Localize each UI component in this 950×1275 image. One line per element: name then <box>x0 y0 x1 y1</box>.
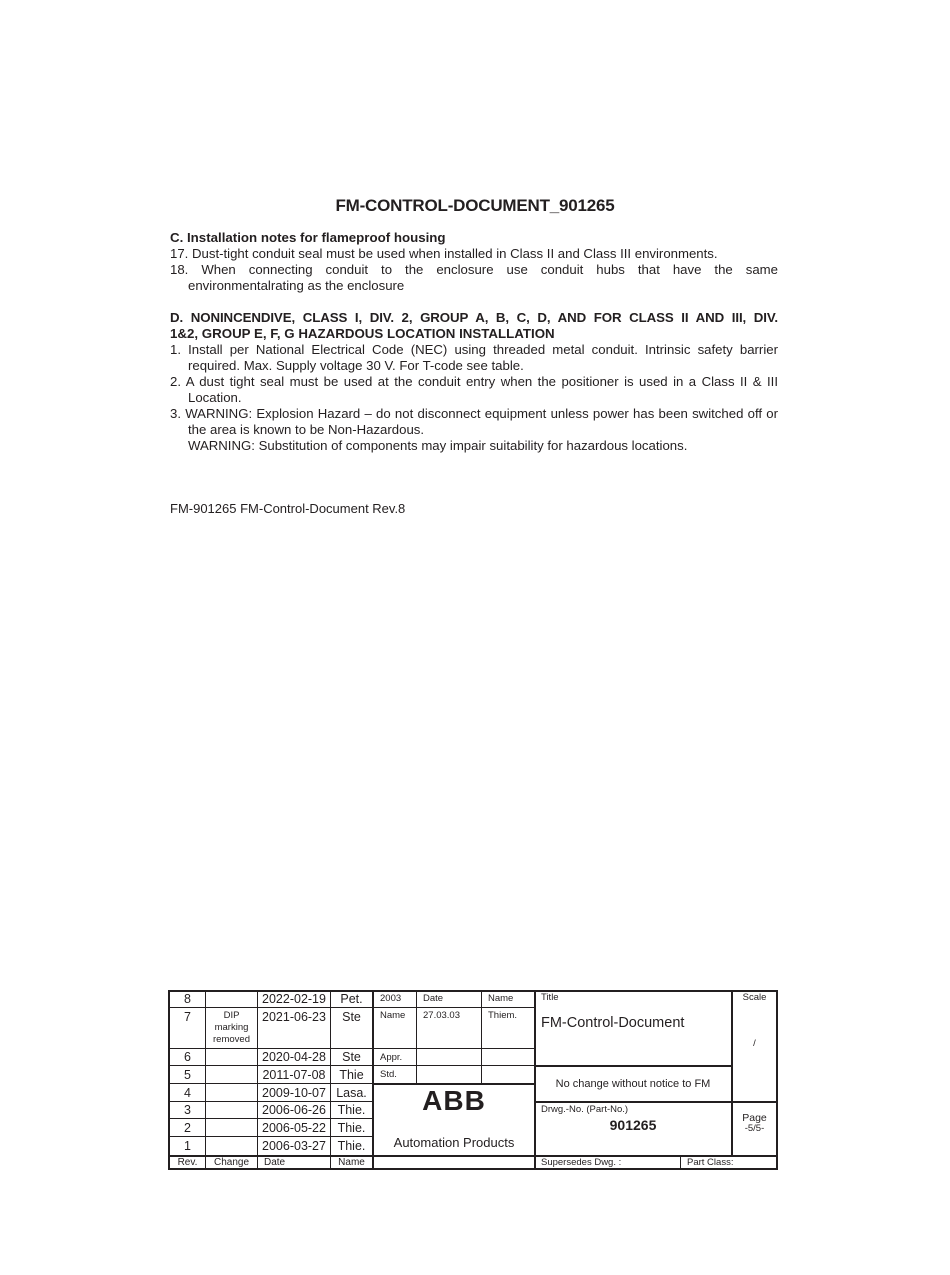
section-d-heading-line1: D. NONINCENDIVE, CLASS I, DIV. 2, GROUP … <box>170 310 778 326</box>
section-c-heading: C. Installation notes for flameproof hou… <box>170 230 778 246</box>
document-title: FM-CONTROL-DOCUMENT_901265 <box>0 196 950 216</box>
approval-appr-label: Appr. <box>374 1049 416 1065</box>
fm-notice: No change without notice to FM <box>535 1067 731 1101</box>
header-name: Name <box>331 1157 372 1168</box>
rev-date: 2006-03-27 <box>258 1137 330 1155</box>
rev-date: 2006-06-26 <box>258 1102 330 1118</box>
rev-number: 1 <box>170 1137 205 1155</box>
rev-number: 6 <box>170 1049 205 1065</box>
rev-date: 2022-02-19 <box>258 990 330 1007</box>
document-reference: FM-901265 FM-Control-Document Rev.8 <box>170 501 405 516</box>
abb-logo: ABB <box>374 1085 534 1117</box>
rev-date: 2021-06-23 <box>258 1008 330 1025</box>
rev-number: 2 <box>170 1119 205 1136</box>
scale-value: / <box>733 1036 776 1050</box>
title-label: Title <box>535 991 691 1004</box>
approval-name-header: Name <box>482 990 534 1007</box>
section-d-item-3: 3. WARNING: Explosion Hazard – do not di… <box>170 406 778 438</box>
rev-change-line: marking <box>215 1022 249 1034</box>
rev-name: Thie. <box>331 1137 372 1155</box>
section-d-item-2: 2. A dust tight seal must be used at the… <box>170 374 778 406</box>
title-block: 8 Pet. 2022-02-19 7 DIP marking removed … <box>168 990 778 1170</box>
rev-number: 3 <box>170 1102 205 1118</box>
rev-number: 7 <box>170 1008 205 1025</box>
rev-change-line: removed <box>213 1034 250 1046</box>
section-c-item-18-cont: environmentalrating as the enclosure <box>170 278 778 294</box>
rev-name: Pet. <box>331 990 372 1007</box>
drawing-number-label: Drwg.-No. (Part-No.) <box>535 1103 701 1116</box>
page-value: -5/5- <box>733 1123 776 1134</box>
rev-change-line: DIP <box>224 1010 240 1022</box>
section-d-item-1: 1. Install per National Electrical Code … <box>170 342 778 374</box>
header-change: Change <box>206 1157 257 1168</box>
rev-name: Ste <box>331 1049 372 1065</box>
drawing-number: 901265 <box>535 1116 731 1134</box>
rev-number: 5 <box>170 1066 205 1083</box>
approval-name-value: Thiem. <box>482 1008 534 1023</box>
header-rev: Rev. <box>170 1157 205 1168</box>
header-date: Date <box>258 1157 330 1168</box>
part-class-label: Part Class: <box>681 1157 777 1168</box>
rev-date: 2009-10-07 <box>258 1084 330 1101</box>
section-d: D. NONINCENDIVE, CLASS I, DIV. 2, GROUP … <box>170 310 778 454</box>
rev-date: 2006-05-22 <box>258 1119 330 1136</box>
approval-std-label: Std. <box>374 1066 416 1083</box>
section-d-heading-line2: 1&2, GROUP E, F, G HAZARDOUS LOCATION IN… <box>170 326 778 342</box>
rev-name: Ste <box>331 1008 372 1025</box>
approval-date-header: Date <box>417 990 481 1007</box>
approval-year: 2003 <box>374 990 416 1007</box>
scale-label: Scale <box>733 991 776 1004</box>
rev-date: 2011-07-08 <box>258 1066 330 1083</box>
supersedes-label: Supersedes Dwg. : <box>535 1157 681 1168</box>
rev-name: Lasa. <box>331 1084 372 1101</box>
approval-name-date: 27.03.03 <box>417 1008 481 1023</box>
approval-name-label: Name <box>374 1008 416 1023</box>
rev-date: 2020-04-28 <box>258 1049 330 1065</box>
rev-number: 8 <box>170 990 205 1007</box>
company-division: Automation Products <box>374 1133 534 1151</box>
rev-number: 4 <box>170 1084 205 1101</box>
title-value: FM-Control-Document <box>535 1014 731 1032</box>
rev-name: Thie. <box>331 1102 372 1118</box>
rev-change: DIP marking removed <box>206 1008 257 1048</box>
section-d-warning: WARNING: Substitution of components may … <box>170 438 778 454</box>
rev-name: Thie <box>331 1066 372 1083</box>
section-c-item-17: 17. Dust-tight conduit seal must be used… <box>170 246 778 262</box>
section-c: C. Installation notes for flameproof hou… <box>170 230 778 294</box>
rev-name: Thie. <box>331 1119 372 1136</box>
section-c-item-18: 18. When connecting conduit to the enclo… <box>170 262 778 278</box>
